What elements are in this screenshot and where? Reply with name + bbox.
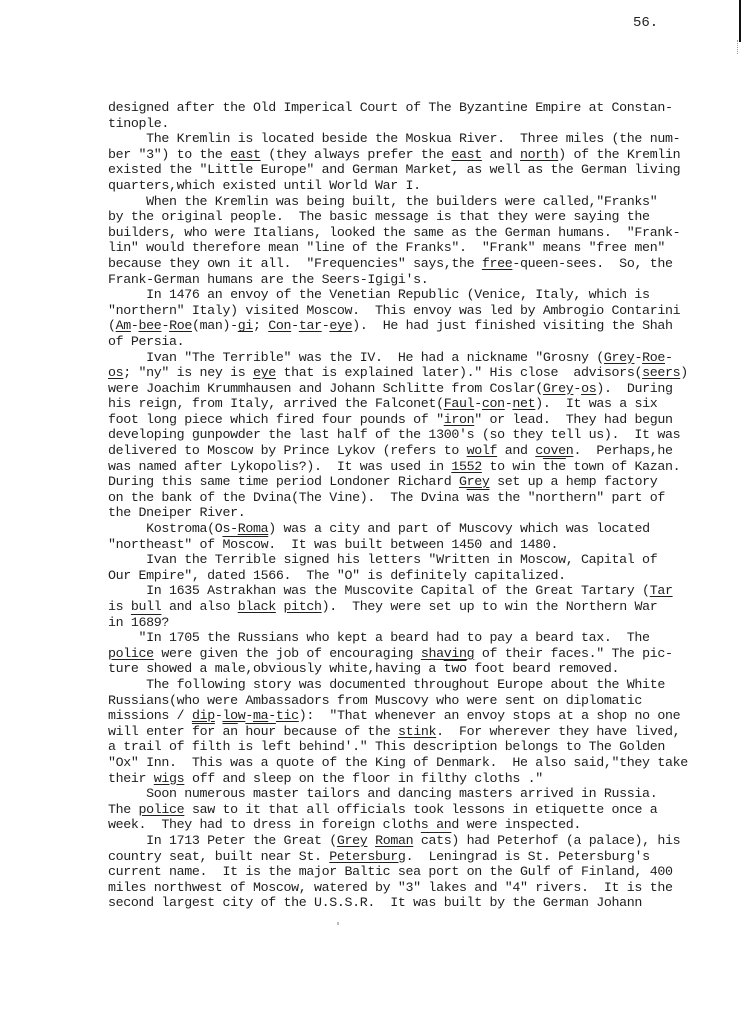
text-run: - xyxy=(161,318,169,333)
text-line: of Persia. xyxy=(108,334,668,350)
text-line: delivered to Moscow by Prince Lykov (ref… xyxy=(108,443,668,459)
text-run: current name. It is the major Baltic sea… xyxy=(108,864,673,879)
text-line: When the Kremlin was being built, the bu… xyxy=(108,194,668,210)
text-run: ? xyxy=(161,615,169,630)
text-line: existed the "Little Europe" and German M… xyxy=(108,162,668,178)
overlined-word: hour xyxy=(245,724,276,739)
text-run: a trail of filth is left behind'." This … xyxy=(108,739,665,754)
underlined-word: eye xyxy=(253,365,276,380)
underlined-word: Grey xyxy=(337,833,368,848)
text-run: Kostroma(Os- xyxy=(108,521,238,536)
text-run xyxy=(413,833,421,848)
underlined-word: Grey xyxy=(543,381,574,396)
text-line: quarters,which existed until World War I… xyxy=(108,178,668,194)
text-run: missions / xyxy=(108,708,192,723)
underlined-word: gi xyxy=(238,318,253,333)
text-run: - xyxy=(291,318,299,333)
text-line: Kostroma(Os-Roma) was a city and part of… xyxy=(108,521,668,537)
text-run: country seat, built near St. xyxy=(108,849,329,864)
text-run: foot long piece which fired four pounds … xyxy=(108,412,444,427)
text-run: " or lead. They had begun xyxy=(474,412,672,427)
underlined-word: Roma xyxy=(238,521,269,536)
underlined-word: north xyxy=(520,147,558,162)
text-run: because of the xyxy=(276,724,398,739)
underlined-word: 1552 xyxy=(451,459,482,474)
text-run: The following story was documented throu… xyxy=(108,677,665,692)
text-line: ber "3") to the east (they always prefer… xyxy=(108,147,668,163)
underlined-word: east xyxy=(230,147,261,162)
text-run: will enter xyxy=(108,724,192,739)
text-line: Ivan the Terrible signed his letters "Wr… xyxy=(108,552,668,568)
text-run: Ivan the Terrible signed his letters "Wr… xyxy=(108,552,657,567)
text-line: were Joachim Krummhausen and Johann Schl… xyxy=(108,381,668,397)
text-run: set up a hemp factory xyxy=(490,474,658,489)
text-run: ( xyxy=(108,318,116,333)
overlined-word: an xyxy=(222,724,237,739)
text-run: ) of the Kremlin xyxy=(558,147,680,162)
text-line: Our Empire", dated 1566. The "O" is defi… xyxy=(108,568,668,584)
text-run: In 1635 Astrakhan was the Muscovite Capi… xyxy=(108,583,650,598)
text-line: by the original people. The basic messag… xyxy=(108,209,668,225)
text-run: off and sleep on the floor in filthy clo… xyxy=(184,771,543,786)
underlined-word: police xyxy=(108,646,154,661)
underlined-word: con xyxy=(482,396,505,411)
text-line: Ivan "The Terrible" was the IV. He had a… xyxy=(108,350,668,366)
text-run: their xyxy=(108,771,154,786)
text-run: When the Kremlin was being built, the bu… xyxy=(108,194,657,209)
text-line: their wigs off and sleep on the floor in… xyxy=(108,771,668,787)
text-line: in 1689? xyxy=(108,615,668,631)
text-line: The police saw to it that all officials … xyxy=(108,802,668,818)
text-line: his reign, from Italy, arrived the Falco… xyxy=(108,396,668,412)
underlined-word: wigs xyxy=(154,771,185,786)
text-run: was named after Lykopolis?). It was used… xyxy=(108,459,451,474)
underlined-word: bee xyxy=(139,318,162,333)
scan-edge-mark xyxy=(737,40,741,54)
text-run: because they own it all. "Frequencies" s… xyxy=(108,256,482,271)
text-line: lin" would therefore mean "line of the F… xyxy=(108,240,668,256)
overlined-word: for xyxy=(192,724,215,739)
text-line: miles northwest of Moscow, watered by "3… xyxy=(108,880,668,896)
underlined-word: shaving xyxy=(421,646,474,661)
text-run: -queen-sees. So, the xyxy=(512,256,672,271)
text-run: lin" would therefore mean "line of the F… xyxy=(108,240,665,255)
text-run: "northeast" of xyxy=(108,537,222,552)
text-run: the Dneiper River. xyxy=(108,505,245,520)
underlined-word: Roe xyxy=(169,318,192,333)
text-run: of their faces." The pic- xyxy=(474,646,672,661)
text-line: "northeast" of Moscow. It was built betw… xyxy=(108,537,668,553)
underlined-word: pitch xyxy=(284,599,322,614)
text-run: his reign, from Italy, arrived the Falco… xyxy=(108,396,444,411)
text-run: - xyxy=(665,350,673,365)
text-run: existed the "Little Europe" and German M… xyxy=(108,162,680,177)
text-line: was named after Lykopolis?). It was used… xyxy=(108,459,668,475)
text-run: "Ox" Inn. This was a quote of the King o… xyxy=(108,755,688,770)
text-run: designed after the Old Imperical Court o… xyxy=(108,100,673,115)
text-line: the Dneiper River. xyxy=(108,505,668,521)
document-page: 56. designed after the Old Imperical Cou… xyxy=(0,0,741,1014)
text-run: that is explained later)." His close adv… xyxy=(276,365,642,380)
text-line: "northern" Italy) visited Moscow. This e… xyxy=(108,303,668,319)
text-run: to win xyxy=(482,459,543,474)
text-run: . Perhaps,he xyxy=(573,443,672,458)
text-line: During this same time period Londoner Ri… xyxy=(108,474,668,490)
underlined-word: seers xyxy=(642,365,680,380)
underlined-word: tar xyxy=(299,318,322,333)
text-run: - xyxy=(474,396,482,411)
text-run: The Kremlin is located beside the Moskua… xyxy=(108,131,680,146)
underlined-word: Petersburg xyxy=(329,849,405,864)
page-number: 56. xyxy=(633,15,658,31)
text-line: will enter for an hour because of the st… xyxy=(108,724,668,740)
text-line: a trail of filth is left behind'." This … xyxy=(108,739,668,755)
text-run: ber "3") to the xyxy=(108,147,230,162)
text-run: . It was built between 1450 and 1480. xyxy=(268,537,558,552)
text-run: "In 1705 the Russians who kept a beard h… xyxy=(108,630,650,645)
text-run: ) was a city and part of Muscovy which w… xyxy=(268,521,649,536)
text-line: In 1635 Astrakhan was the Muscovite Capi… xyxy=(108,583,668,599)
text-run: developing gunpowder the last half of th… xyxy=(108,427,680,442)
text-run: ; "ny" is ney is xyxy=(123,365,253,380)
underlined-word: Con xyxy=(268,318,291,333)
underlined-word: coven xyxy=(535,443,573,458)
text-run: . Leningrad is St. Petersburg's xyxy=(406,849,650,864)
text-line: week. They had to dress in foreign cloth… xyxy=(108,817,668,833)
overlined-word: cats xyxy=(421,833,452,848)
underlined-word: police xyxy=(139,802,185,817)
text-run: ture showed a male,obviously white,havin… xyxy=(108,661,444,676)
underlined-word: Grey xyxy=(459,474,490,489)
text-run: week. They had to dress in foreign cloth… xyxy=(108,817,581,832)
text-line: In 1476 an envoy of the Venetian Republi… xyxy=(108,287,668,303)
text-run: were given the job of encouraging xyxy=(154,646,421,661)
text-run: ) had Peterhof (a palace), his xyxy=(451,833,680,848)
underlined-word: black xyxy=(238,599,276,614)
underlined-word: Tar xyxy=(650,583,673,598)
text-line: country seat, built near St. Petersburg.… xyxy=(108,849,668,865)
overlined-word: two xyxy=(444,661,467,676)
text-run: ). It was a six xyxy=(535,396,657,411)
text-run xyxy=(367,833,375,848)
underlined-word: os xyxy=(581,381,596,396)
underlined-word: Roman xyxy=(375,833,413,848)
text-line: "In 1705 the Russians who kept a beard h… xyxy=(108,630,668,646)
text-run: delivered to Moscow by Prince Lykov (ref… xyxy=(108,443,467,458)
text-run: ). He had just finished visiting the Sha… xyxy=(352,318,672,333)
text-line: is bull and also black pitch). They were… xyxy=(108,599,668,615)
text-run: ). They were set up to win the Northern … xyxy=(322,599,658,614)
text-run: builders, who were Italians, looked the … xyxy=(108,225,680,240)
underlined-word: free xyxy=(482,256,513,271)
text-line: foot long piece which fired four pounds … xyxy=(108,412,668,428)
text-run: is bull and also xyxy=(108,599,238,614)
text-line: because they own it all. "Frequencies" s… xyxy=(108,256,668,272)
text-run: Soon numerous master tailors and dancing… xyxy=(108,786,657,801)
overlined-word: the xyxy=(543,459,566,474)
text-run: (man)- xyxy=(192,318,238,333)
text-run: the "northern" part of xyxy=(489,490,664,505)
text-line: developing gunpowder the last half of th… xyxy=(108,427,668,443)
text-run: In 1713 Peter the Great ( xyxy=(108,833,337,848)
text-run: and xyxy=(497,443,535,458)
scan-speck xyxy=(337,922,339,925)
text-run: In 1476 an envoy of the Venetian Republi… xyxy=(108,287,650,302)
text-run: - xyxy=(268,708,276,723)
underlined-word: low xyxy=(222,708,245,723)
text-line: ture showed a male,obviously white,havin… xyxy=(108,661,668,677)
underlined-word: net xyxy=(512,396,535,411)
text-line: In 1713 Peter the Great (Grey Roman cats… xyxy=(108,833,668,849)
text-line: designed after the Old Imperical Court o… xyxy=(108,100,668,116)
underlined-word: Am xyxy=(116,318,131,333)
underlined-word: eye xyxy=(329,318,352,333)
text-run xyxy=(276,599,284,614)
text-run: ) xyxy=(680,365,688,380)
text-line: The Kremlin is located beside the Moskua… xyxy=(108,131,668,147)
text-run: on the bank of the Dvina(The Vine). The … xyxy=(108,490,467,505)
text-line: Soon numerous master tailors and dancing… xyxy=(108,786,668,802)
text-run: foot beard removed. xyxy=(467,661,620,676)
text-run: - xyxy=(131,318,139,333)
underlined-word: Grey xyxy=(604,350,635,365)
text-run: ): "That whenever an envoy stops at a sh… xyxy=(299,708,680,723)
body-text: designed after the Old Imperical Court o… xyxy=(108,100,668,911)
overlined-word: was xyxy=(467,490,490,505)
text-line: police were given the job of encouraging… xyxy=(108,646,668,662)
text-line: second largest city of the U.S.S.R. It w… xyxy=(108,895,668,911)
text-run: second largest city of the U.S.S.R. It w… xyxy=(108,895,642,910)
text-line: current name. It is the major Baltic sea… xyxy=(108,864,668,880)
text-line: missions / dip-low-ma-tic): "That whenev… xyxy=(108,708,668,724)
underlined-word: iron xyxy=(444,412,475,427)
text-run: Russians(who were Ambassadors from Musco… xyxy=(108,693,642,708)
text-run: - xyxy=(634,350,642,365)
overlined-word: Moscow xyxy=(222,537,268,552)
underlined-word: os xyxy=(108,365,123,380)
text-run: and xyxy=(482,147,520,162)
underlined-word: dip xyxy=(192,708,215,723)
text-run: The xyxy=(108,802,139,817)
text-run: tinople. xyxy=(108,116,169,131)
text-line: The following story was documented throu… xyxy=(108,677,668,693)
underlined-word: Roe xyxy=(642,350,665,365)
text-run: ). During xyxy=(596,381,672,396)
text-line: builders, who were Italians, looked the … xyxy=(108,225,668,241)
text-line: Russians(who were Ambassadors from Musco… xyxy=(108,693,668,709)
text-run: Ivan "The Terrible" was the IV. He had a… xyxy=(108,350,604,365)
underlined-word: tic xyxy=(276,708,299,723)
text-run: - xyxy=(573,381,581,396)
text-line: Frank-German humans are the Seers-Igigi'… xyxy=(108,272,668,288)
underlined-word: stink xyxy=(398,724,436,739)
text-run: by the original people. The basic messag… xyxy=(108,209,650,224)
text-run: miles northwest of Moscow, watered by "3… xyxy=(108,880,673,895)
text-line: tinople. xyxy=(108,116,668,132)
underlined-word: east xyxy=(451,147,482,162)
text-run: Frank-German humans are the Seers-Igigi'… xyxy=(108,272,428,287)
text-run: (they always prefer the xyxy=(261,147,452,162)
underlined-word: Faul xyxy=(444,396,475,411)
text-run: were Joachim Krummhausen and Johann Schl… xyxy=(108,381,543,396)
underlined-word: ma xyxy=(253,708,268,723)
text-run: in xyxy=(108,615,131,630)
text-run: ; xyxy=(253,318,268,333)
text-line: os; "ny" is ney is eye that is explained… xyxy=(108,365,668,381)
overlined-word: 1689 xyxy=(131,615,162,630)
underlined-word: wolf xyxy=(467,443,498,458)
text-run: town of Kazan. xyxy=(566,459,680,474)
text-run: Our Empire", dated 1566. The "O" is defi… xyxy=(108,568,566,583)
text-run: - xyxy=(245,708,253,723)
text-line: on the bank of the Dvina(The Vine). The … xyxy=(108,490,668,506)
text-run: During this same time period Londoner Ri… xyxy=(108,474,459,489)
text-line: "Ox" Inn. This was a quote of the King o… xyxy=(108,755,668,771)
text-line: (Am-bee-Roe(man)-gi; Con-tar-eye). He ha… xyxy=(108,318,668,334)
text-run: . For wherever they have lived, xyxy=(436,724,680,739)
text-run: of Persia. xyxy=(108,334,184,349)
text-run: "northern" Italy) visited Moscow. This e… xyxy=(108,303,680,318)
text-run: saw to it that all officials took lesson… xyxy=(184,802,657,817)
text-run: quarters,which existed until World War I… xyxy=(108,178,421,193)
